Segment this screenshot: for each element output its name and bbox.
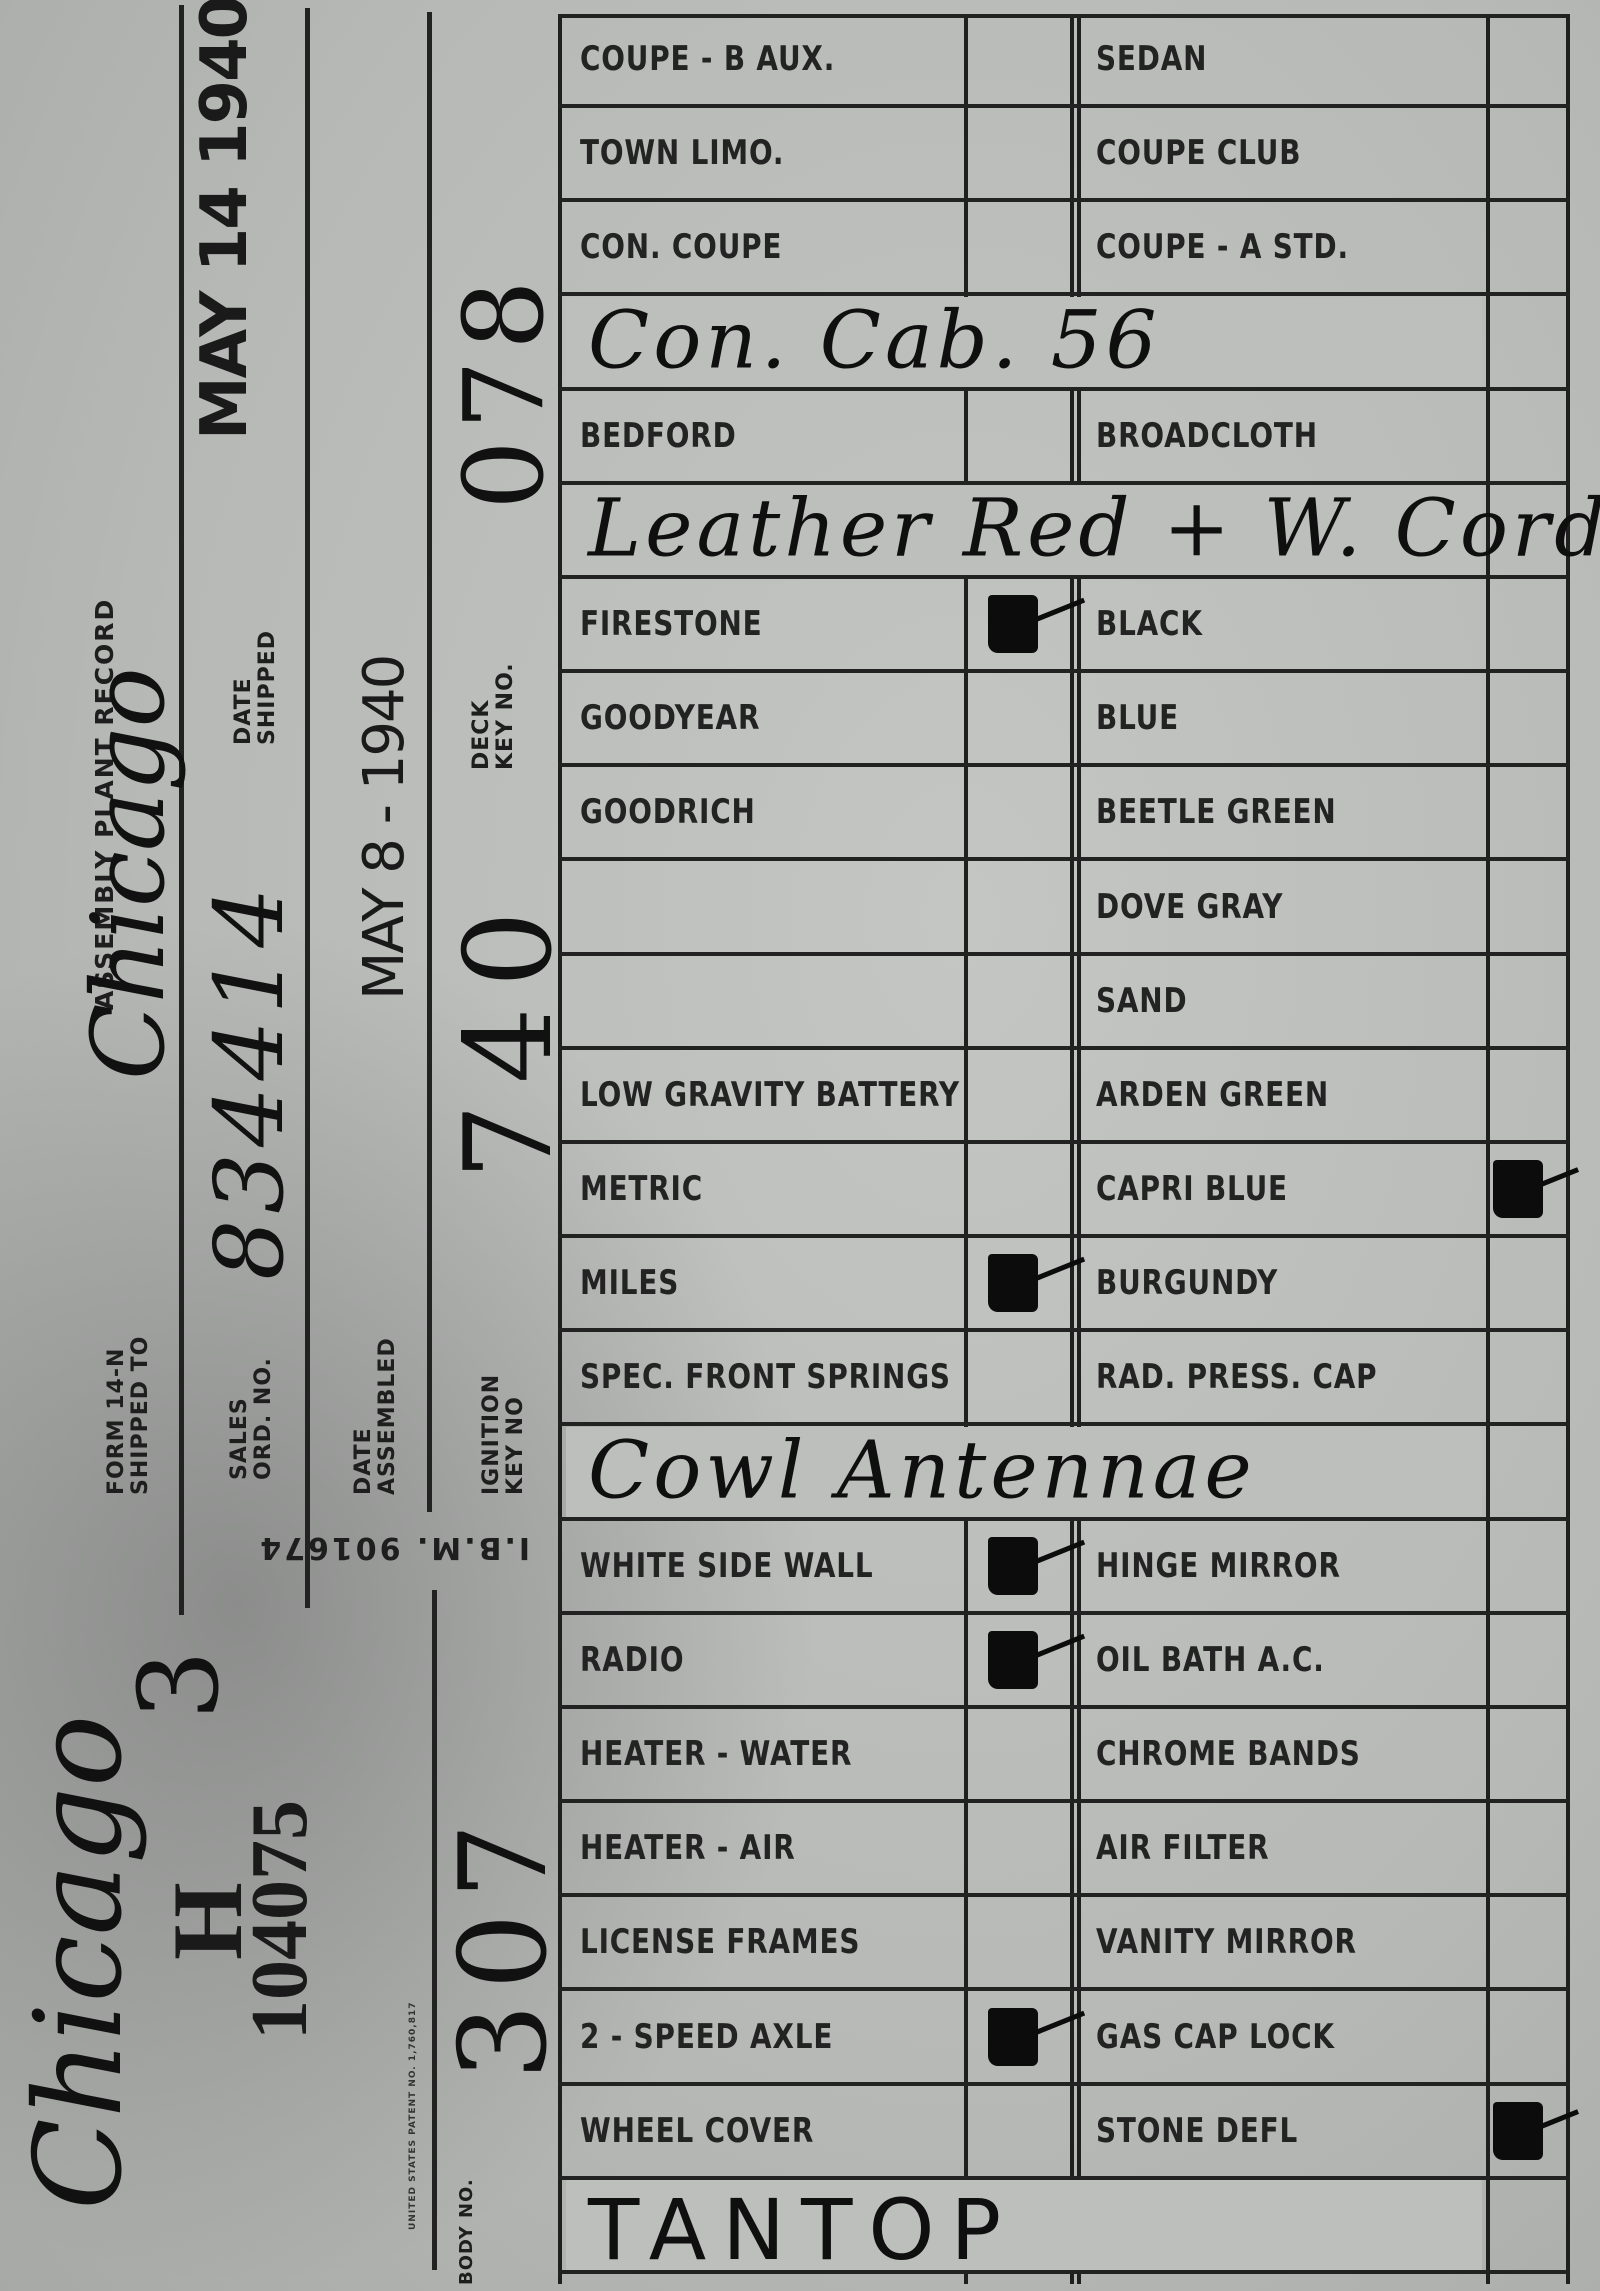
shipped-to-label: FORM 14-N SHIPPED TO [105, 1336, 153, 1495]
option-row: GOODRICHBEETLE GREEN [558, 767, 1570, 861]
date-assembled-value: MAY 8 - 1940 [352, 656, 417, 1000]
option-row: WHITE SIDE WALLHINGE MIRROR [558, 1521, 1570, 1615]
option-label: GOODYEAR [580, 698, 760, 738]
option-label: COUPE - A STD. [1096, 227, 1349, 267]
option-row: SPEC. FRONT SPRINGSRAD. PRESS. CAP [558, 1332, 1570, 1426]
option-row: GOODYEARBLUE [558, 673, 1570, 767]
option-row: RADIOOIL BATH A.C. [558, 1615, 1570, 1709]
option-label: HEATER - WATER [580, 1734, 852, 1774]
serial-digit: 3 [115, 1650, 243, 1720]
option-row: FIRESTONEBLACK [558, 579, 1570, 673]
option-row: CON. COUPECOUPE - A STD. [558, 202, 1570, 296]
serial-number: 104075 [235, 1800, 326, 2040]
patent-text: UNITED STATES PATENT NO. 1,760,817 [408, 2001, 418, 2230]
serial-plant-handwritten: Chicago [10, 1715, 149, 2210]
option-label: 2 - SPEED AXLE [580, 2017, 833, 2057]
check-mark-icon[interactable] [988, 1631, 1038, 1689]
option-row: 2 - SPEED AXLEGAS CAP LOCK [558, 1992, 1570, 2086]
option-row: COUPE - B AUX.SEDAN [558, 14, 1570, 108]
handwritten-note: TANTOP [588, 2181, 1017, 2279]
check-mark-icon[interactable] [1493, 1160, 1543, 1218]
option-label: BLUE [1096, 698, 1179, 738]
option-row: BEDFORDBROADCLOTH [558, 391, 1570, 485]
option-label: BLACK [1096, 604, 1203, 644]
option-label: GOODRICH [580, 792, 756, 832]
option-label: CAPRI BLUE [1096, 1169, 1288, 1209]
date-shipped-label: DATE SHIPPED [232, 630, 280, 745]
sales-ord-no-value: 834414 [195, 881, 305, 1280]
ibm-number: I.B.M. 901674 [257, 1530, 530, 1565]
option-label: BEETLE GREEN [1096, 792, 1336, 832]
option-row: SAND [558, 956, 1570, 1050]
option-row: MILESBURGUNDY [558, 1238, 1570, 1332]
body-no-value: 307 [435, 1809, 574, 2080]
option-row: LICENSE FRAMESVANITY MIRROR [558, 1897, 1570, 1991]
date-shipped-value: MAY 14 1940 [188, 0, 262, 440]
check-mark-icon[interactable] [1493, 2102, 1543, 2160]
deck-key-no-label: DECK KEY NO. [470, 662, 518, 770]
handwritten-note: Cowl Antennae [588, 1423, 1256, 1516]
option-label: BROADCLOTH [1096, 416, 1318, 456]
option-row: WHEEL COVERSTONE DEFL [558, 2086, 1570, 2180]
option-label: GAS CAP LOCK [1096, 2017, 1335, 2057]
option-label: OIL BATH A.C. [1096, 1640, 1325, 1680]
sales-ord-no-label: SALES ORD. NO. [228, 1357, 276, 1480]
option-label: TOWN LIMO. [580, 133, 784, 173]
option-label: SPEC. FRONT SPRINGS [580, 1357, 951, 1397]
option-row: TOWN LIMO.COUPE CLUB [558, 108, 1570, 202]
handwritten-note-row: Con. Cab. 56 [558, 297, 1570, 391]
check-mark-icon[interactable] [988, 1254, 1038, 1312]
option-label: VANITY MIRROR [1096, 1922, 1357, 1962]
check-mark-icon[interactable] [988, 2008, 1038, 2066]
deck-key-no-value: 078 [440, 270, 568, 510]
option-label: FIRESTONE [580, 604, 762, 644]
option-label: COUPE CLUB [1096, 133, 1301, 173]
check-mark-icon[interactable] [988, 1537, 1038, 1595]
option-row: HEATER - WATERCHROME BANDS [558, 1709, 1570, 1803]
shipped-to-value: Chicago [70, 667, 187, 1080]
handwritten-note-row: Cowl Antennae [558, 1427, 1570, 1521]
check-mark-icon[interactable] [988, 595, 1038, 653]
date-assembled-label: DATE ASSEMBLED [352, 1337, 400, 1495]
option-row: METRICCAPRI BLUE [558, 1144, 1570, 1238]
option-label: RAD. PRESS. CAP [1096, 1357, 1377, 1397]
handwritten-note: Con. Cab. 56 [588, 293, 1161, 386]
option-label: LOW GRAVITY BATTERY [580, 1075, 960, 1115]
assembly-plant-record-card: ASSEMBLY PLANT RECORD FORM 14-N SHIPPED … [0, 0, 1600, 2291]
option-label: AIR FILTER [1096, 1828, 1269, 1868]
option-label: SAND [1096, 981, 1187, 1021]
option-label: METRIC [580, 1169, 703, 1209]
option-row: DOVE GRAY [558, 862, 1570, 956]
option-label: WHITE SIDE WALL [580, 1546, 873, 1586]
option-label: MILES [580, 1263, 679, 1303]
option-label: CHROME BANDS [1096, 1734, 1361, 1774]
handwritten-note: Leather Red + W. Cord [588, 482, 1600, 575]
handwritten-note-row: TANTOP [558, 2180, 1570, 2274]
ignition-key-no-label: IGNITION KEY NO [480, 1374, 528, 1495]
option-label: BURGUNDY [1096, 1263, 1278, 1303]
option-label: LICENSE FRAMES [580, 1922, 860, 1962]
divider [427, 12, 432, 1512]
option-label: COUPE - B AUX. [580, 39, 835, 79]
option-label: DOVE GRAY [1096, 887, 1283, 927]
option-label: WHEEL COVER [580, 2111, 814, 2151]
option-label: BEDFORD [580, 416, 737, 456]
option-row: HEATER - AIRAIR FILTER [558, 1803, 1570, 1897]
option-label: HEATER - AIR [580, 1828, 796, 1868]
option-label: ARDEN GREEN [1096, 1075, 1329, 1115]
option-label: HINGE MIRROR [1096, 1546, 1341, 1586]
option-label: CON. COUPE [580, 227, 782, 267]
option-label: SEDAN [1096, 39, 1207, 79]
divider [305, 8, 310, 1608]
body-no-label: BODY NO. [455, 2178, 479, 2285]
option-label: RADIO [580, 1640, 684, 1680]
option-label: STONE DEFL [1096, 2111, 1298, 2151]
option-row: LOW GRAVITY BATTERYARDEN GREEN [558, 1050, 1570, 1144]
handwritten-note-row: Leather Red + W. Cord [558, 485, 1570, 579]
options-grid: COUPE - B AUX.SEDANTOWN LIMO.COUPE CLUBC… [558, 14, 1570, 2284]
